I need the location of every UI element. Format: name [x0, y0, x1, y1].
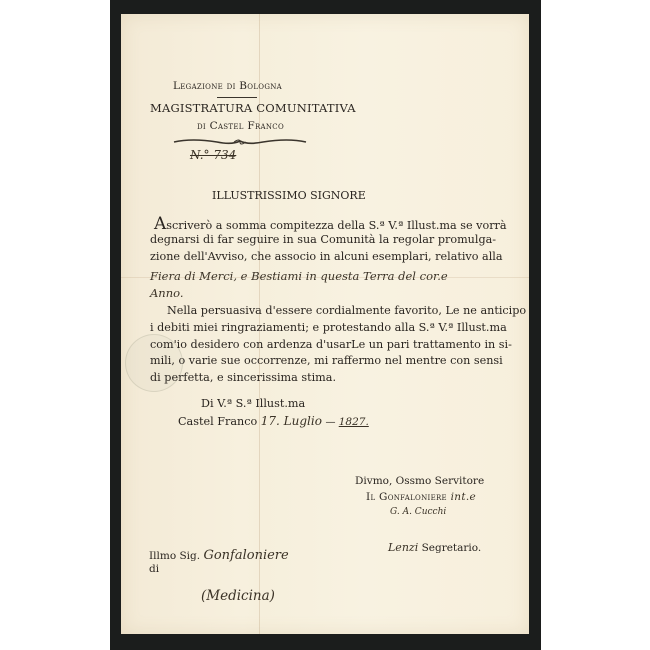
paragraph1-line2: degnarsi di far seguire in sua Comunità …: [150, 233, 496, 246]
address-di: di: [149, 563, 159, 575]
header-rule: [217, 97, 257, 98]
paragraph2-line5: di perfetta, e sincerissima stima.: [150, 371, 336, 384]
ornament-divider: [172, 136, 308, 148]
dropcap: A: [154, 214, 166, 234]
letter-paper: Legazione di Bologna MAGISTRATURA COMUNI…: [121, 14, 529, 634]
handwritten-year: 1827.: [339, 416, 369, 428]
paragraph2-line2: i debiti miei ringraziamenti; e protesta…: [150, 321, 507, 334]
town-handwritten: (Medicina): [201, 588, 275, 604]
paragraph1-line3: zione dell'Avviso, che associo in alcuni…: [150, 250, 503, 263]
closing-line: Di V.ª S.ª Illust.ma: [201, 397, 305, 410]
place-heading: di Castel Franco: [197, 120, 284, 132]
handwritten-anno: Anno.: [150, 286, 184, 300]
closing-place-date: Castel Franco 17. Luglio — 1827.: [178, 414, 369, 428]
title-annotation: int.e: [451, 491, 476, 503]
salutation: ILLUSTRISSIMO SIGNORE: [212, 189, 366, 202]
secretary-signature: Lenzi: [388, 541, 418, 554]
legation-heading: Legazione di Bologna: [173, 80, 282, 92]
secretary-line: Lenzi Segretario.: [388, 541, 481, 554]
office-heading: MAGISTRATURA COMUNITATIVA: [150, 101, 356, 115]
paragraph2-line4: mili, o varie sue occorrenze, mi rafferm…: [150, 354, 503, 367]
paragraph2-line3: com'io desidero con ardenza d'usarLe un …: [150, 338, 512, 351]
recipient-handwritten: Gonfaloniere: [203, 548, 288, 563]
protocol-number: N.° 734: [190, 148, 236, 162]
address-line: Illmo Sig. Gonfaloniere: [149, 548, 289, 563]
handwritten-date: 17. Luglio: [261, 414, 322, 428]
gonfaloniere-title: Il Gonfaloniere int.e: [366, 491, 476, 503]
handwritten-fair-line: Fiera di Merci, e Bestiami in questa Ter…: [150, 269, 448, 283]
handwritten-signature: G. A. Cucchi: [390, 507, 446, 517]
paragraph1-line1: Ascriverò a somma compitezza della S.ª V…: [154, 214, 507, 234]
paragraph2-line1: Nella persuasiva d'essere cordialmente f…: [167, 304, 526, 317]
servant-line: Divmo, Ossmo Servitore: [355, 475, 484, 487]
